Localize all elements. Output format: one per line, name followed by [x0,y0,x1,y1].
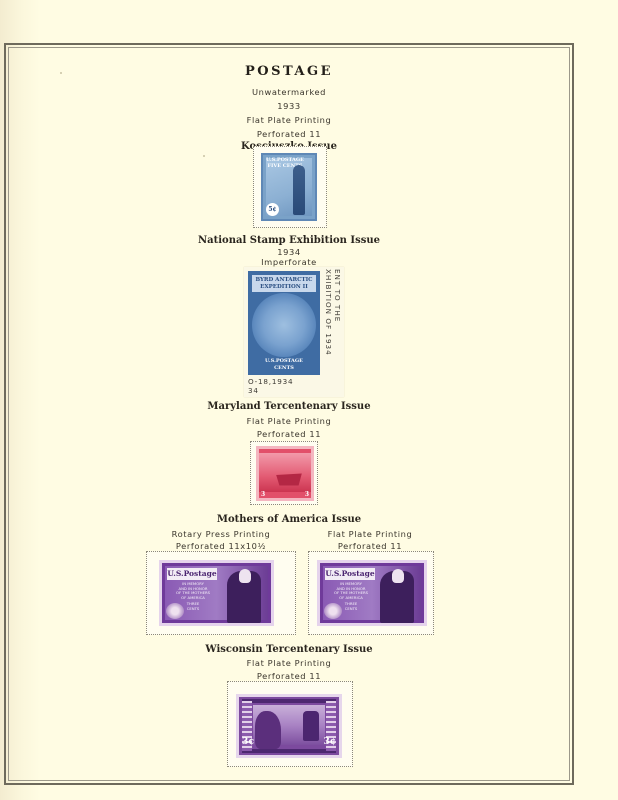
note-printing: Flat Plate Printing [0,416,578,426]
stamp-kosciuszko[interactable]: U.S.POSTAGE FIVE CENTS 5¢ [261,153,317,221]
forest-scene [255,711,281,749]
stamp-mount-wisconsin: 3¢ 3¢ [227,681,353,767]
stamp-wisconsin[interactable]: 3¢ 3¢ [236,694,342,758]
globe [252,293,316,357]
subtitle-watermark: Unwatermarked [0,87,578,97]
stamp-mothers-flat[interactable]: U.S.Postage IN MEMORY AND IN HONOR OF TH… [317,560,427,626]
note-year-1934: 1934 [0,247,578,257]
paper-speck [60,72,62,74]
section-heading-maryland: Maryland Tercentenary Issue [0,401,578,412]
stamp-byrd-antarctic[interactable]: BYRD ANTARCTIC EXPEDITION II U.S.POSTAGE… [248,271,320,375]
stamp-mount-mothers-rotary: U.S.Postage IN MEMORY AND IN HONOR OF TH… [146,551,296,635]
note-perforation: Perforated 11 [0,671,578,681]
subtitle-year: 1933 [0,101,578,111]
statue-figure [293,165,305,215]
nicolet-landing-figures [303,711,319,741]
note-imperforate: Imperforate [0,257,578,267]
note-rotary-perforation: Perforated 11x10½ [146,541,296,551]
note-rotary-printing: Rotary Press Printing [146,529,296,539]
stamp-maryland[interactable]: 3 3 [256,446,314,501]
stamp-mount-kosciuszko: U.S.POSTAGE FIVE CENTS 5¢ [253,146,327,228]
note-flat-perforation: Perforated 11 [300,541,440,551]
note-printing: Flat Plate Printing [0,658,578,668]
page-title: POSTAGE [0,64,578,79]
subtitle-printing: Flat Plate Printing [0,115,578,125]
margin-year: 34 [248,386,259,396]
denomination: 5¢ [266,203,279,216]
stamp-mothers-rotary[interactable]: U.S.Postage IN MEMORY AND IN HONOR OF TH… [159,560,274,626]
section-heading-wisconsin: Wisconsin Tercentenary Issue [0,644,578,655]
margin-inscription: ENT TO THE XHIBITION OF 1934 [324,269,342,369]
subtitle-perforation: Perforated 11 [0,129,578,139]
souvenir-sheet-fragment: BYRD ANTARCTIC EXPEDITION II U.S.POSTAGE… [244,267,344,397]
section-heading-national-exhibition: National Stamp Exhibition Issue [0,235,578,246]
stamp-mount-maryland: 3 3 [250,441,318,505]
stamp-mount-mothers-flat: U.S.Postage IN MEMORY AND IN HONOR OF TH… [308,551,434,635]
paper-speck [203,155,205,157]
note-flat-printing: Flat Plate Printing [300,529,440,539]
note-perforation: Perforated 11 [0,429,578,439]
section-heading-mothers: Mothers of America Issue [0,514,578,525]
